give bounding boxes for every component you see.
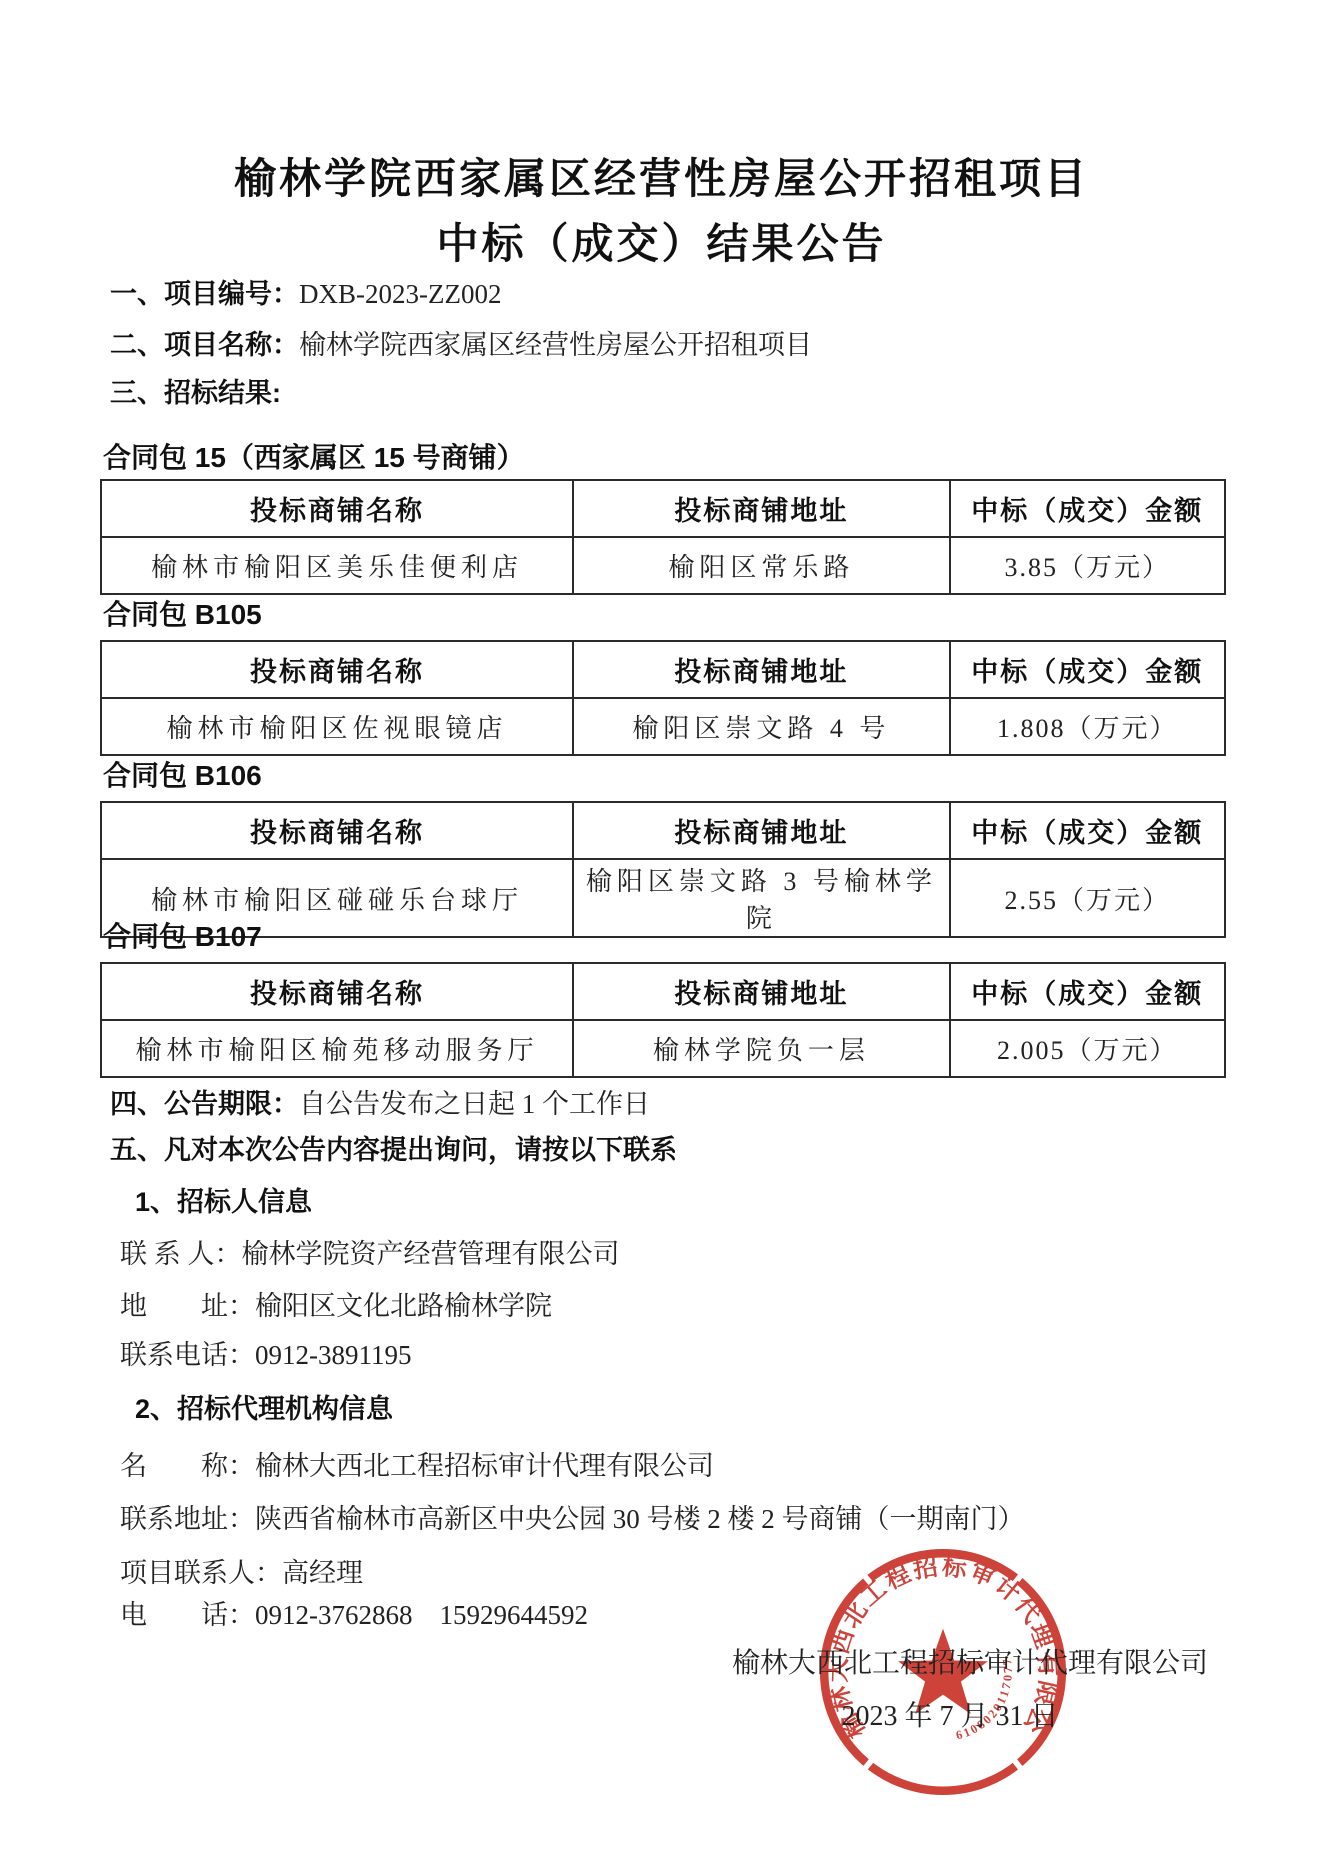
agency-address-label: 联系地址： <box>120 1504 255 1534</box>
package-b105-table: 投标商铺名称 投标商铺地址 中标（成交）金额 榆林市榆阳区佐视眼镜店 榆阳区崇文… <box>100 640 1226 756</box>
table-row: 榆林市榆阳区碰碰乐台球厅 榆阳区崇文路 3 号榆林学院 2.55（万元） <box>101 859 1225 937</box>
tenderer-phone-line: 联系电话：0912-3891195 <box>120 1338 412 1372</box>
award-amount-cell: 1.808（万元） <box>950 698 1225 755</box>
agency-phone-value: 0912-3762868 15929644592 <box>255 1600 588 1630</box>
table-header-row: 投标商铺名称 投标商铺地址 中标（成交）金额 <box>101 641 1225 698</box>
project-number-value: DXB-2023-ZZ002 <box>299 279 501 309</box>
col-header-award-amount: 中标（成交）金额 <box>950 641 1225 698</box>
shop-name-cell: 榆林市榆阳区榆苑移动服务厅 <box>101 1020 573 1077</box>
shop-name-cell: 榆林市榆阳区美乐佳便利店 <box>101 537 573 594</box>
col-header-shop-address: 投标商铺地址 <box>573 963 950 1020</box>
table-row: 榆林市榆阳区美乐佳便利店 榆阳区常乐路 3.85（万元） <box>101 537 1225 594</box>
package-15-label: 合同包 15（西家属区 15 号商铺） <box>103 441 525 475</box>
package-b106-label: 合同包 B106 <box>103 759 262 793</box>
tenderer-phone-label: 联系电话： <box>120 1340 255 1370</box>
agency-info-heading: 2、招标代理机构信息 <box>135 1392 393 1426</box>
inquiry-contact-heading: 五、凡对本次公告内容提出询问，请按以下联系 <box>110 1133 677 1167</box>
project-number-line: 一、项目编号：DXB-2023-ZZ002 <box>110 277 501 311</box>
signature-company-name: 榆林大西北工程招标审计代理有限公司 <box>720 1641 1220 1681</box>
tenderer-contact-label: 联 系 人： <box>120 1239 242 1269</box>
award-amount-cell: 2.005（万元） <box>950 1020 1225 1077</box>
project-name-label: 二、项目名称： <box>110 330 299 360</box>
table-header-row: 投标商铺名称 投标商铺地址 中标（成交）金额 <box>101 802 1225 859</box>
tenderer-address-label: 地 址： <box>120 1291 255 1321</box>
bid-result-heading: 三、招标结果: <box>110 376 281 410</box>
col-header-award-amount: 中标（成交）金额 <box>950 802 1225 859</box>
package-b107-table: 投标商铺名称 投标商铺地址 中标（成交）金额 榆林市榆阳区榆苑移动服务厅 榆林学… <box>100 962 1226 1078</box>
project-number-label: 一、项目编号： <box>110 279 299 309</box>
table-row: 榆林市榆阳区佐视眼镜店 榆阳区崇文路 4 号 1.808（万元） <box>101 698 1225 755</box>
package-b107-label: 合同包 B107 <box>103 920 262 954</box>
agency-phone-line: 电 话：0912-3762868 15929644592 <box>120 1598 588 1632</box>
col-header-shop-name: 投标商铺名称 <box>101 480 573 537</box>
announcement-period-label: 四、公告期限： <box>110 1089 299 1119</box>
agency-phone-label: 电 话： <box>120 1600 255 1630</box>
col-header-shop-address: 投标商铺地址 <box>573 480 950 537</box>
agency-contact-value: 高经理 <box>282 1558 363 1588</box>
col-header-shop-address: 投标商铺地址 <box>573 802 950 859</box>
announcement-period-value: 自公告发布之日起 1 个工作日 <box>299 1089 650 1119</box>
shop-address-cell: 榆阳区崇文路 3 号榆林学院 <box>573 859 950 937</box>
tenderer-contact-line: 联 系 人：榆林学院资产经营管理有限公司 <box>120 1237 620 1271</box>
agency-contact-label: 项目联系人： <box>120 1558 282 1588</box>
award-amount-cell: 2.55（万元） <box>950 859 1225 937</box>
package-b105-label: 合同包 B105 <box>103 598 262 632</box>
col-header-award-amount: 中标（成交）金额 <box>950 963 1225 1020</box>
tenderer-contact-value: 榆林学院资产经营管理有限公司 <box>242 1239 620 1269</box>
table-header-row: 投标商铺名称 投标商铺地址 中标（成交）金额 <box>101 480 1225 537</box>
tenderer-info-heading: 1、招标人信息 <box>135 1185 312 1219</box>
agency-name-value: 榆林大西北工程招标审计代理有限公司 <box>255 1451 714 1481</box>
tenderer-address-line: 地 址：榆阳区文化北路榆林学院 <box>120 1289 552 1323</box>
agency-name-label: 名 称： <box>120 1451 255 1481</box>
agency-contact-line: 项目联系人：高经理 <box>120 1556 363 1590</box>
project-name-line: 二、项目名称：榆林学院西家属区经营性房屋公开招租项目 <box>110 328 812 362</box>
package-b106-table: 投标商铺名称 投标商铺地址 中标（成交）金额 榆林市榆阳区碰碰乐台球厅 榆阳区崇… <box>100 801 1226 938</box>
agency-address-line: 联系地址：陕西省榆林市高新区中央公园 30 号楼 2 楼 2 号商铺（一期南门） <box>120 1502 1025 1536</box>
signature-date: 2023 年 7 月 31 日 <box>780 1694 1120 1734</box>
document-title-line2: 中标（成交）结果公告 <box>0 211 1323 271</box>
award-amount-cell: 3.85（万元） <box>950 537 1225 594</box>
tenderer-phone-value: 0912-3891195 <box>255 1340 412 1370</box>
project-name-value: 榆林学院西家属区经营性房屋公开招租项目 <box>299 330 812 360</box>
package-15-table: 投标商铺名称 投标商铺地址 中标（成交）金额 榆林市榆阳区美乐佳便利店 榆阳区常… <box>100 479 1226 595</box>
table-row: 榆林市榆阳区榆苑移动服务厅 榆林学院负一层 2.005（万元） <box>101 1020 1225 1077</box>
shop-address-cell: 榆阳区常乐路 <box>573 537 950 594</box>
agency-address-value: 陕西省榆林市高新区中央公园 30 号楼 2 楼 2 号商铺（一期南门） <box>255 1504 1025 1534</box>
agency-name-line: 名 称：榆林大西北工程招标审计代理有限公司 <box>120 1449 714 1483</box>
col-header-shop-name: 投标商铺名称 <box>101 802 573 859</box>
table-header-row: 投标商铺名称 投标商铺地址 中标（成交）金额 <box>101 963 1225 1020</box>
announcement-period-line: 四、公告期限：自公告发布之日起 1 个工作日 <box>110 1087 650 1121</box>
tenderer-address-value: 榆阳区文化北路榆林学院 <box>255 1291 552 1321</box>
col-header-shop-address: 投标商铺地址 <box>573 641 950 698</box>
col-header-shop-name: 投标商铺名称 <box>101 641 573 698</box>
col-header-award-amount: 中标（成交）金额 <box>950 480 1225 537</box>
shop-address-cell: 榆林学院负一层 <box>573 1020 950 1077</box>
shop-name-cell: 榆林市榆阳区佐视眼镜店 <box>101 698 573 755</box>
col-header-shop-name: 投标商铺名称 <box>101 963 573 1020</box>
document-title-line1: 榆林学院西家属区经营性房屋公开招租项目 <box>0 146 1323 206</box>
announcement-document: 榆林大西北工程招标审计代理有限公司 6108020117077 榆林学院西家属区… <box>0 0 1323 1871</box>
shop-address-cell: 榆阳区崇文路 4 号 <box>573 698 950 755</box>
